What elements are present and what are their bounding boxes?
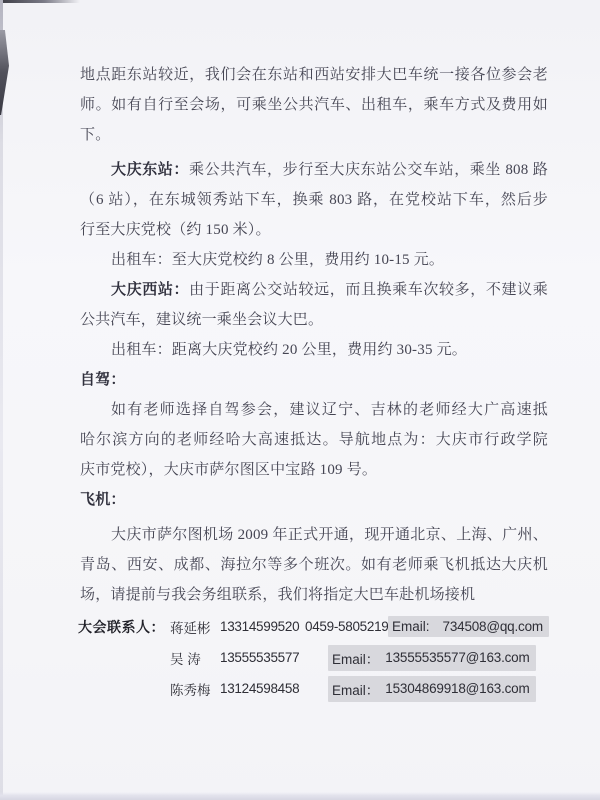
text-segment: 公共汽车，建议统一乘坐会议大巴。 [80,312,323,328]
email-label: Email： [332,648,379,668]
email-address: 15304869918@163.com [385,681,529,696]
text-segment-bold: 大庆西站： [111,282,189,298]
text-line: 大庆东站：乘公共汽车，步行至大庆东站公交车站，乘坐 808 路 [80,155,548,185]
contact-name: 吴 涛 [170,648,220,668]
text-line: 自驾： [80,365,548,395]
contact-label: 大会联系人： [78,617,170,637]
text-segment: 由于距离公交站较远，而且换乘车次较多，不建议乘 [189,282,548,298]
text-segment: 庆市党校），大庆市萨尔图区中宝路 109 号。 [80,462,377,478]
text-segment: 乘公共汽车，步行至大庆东站公交车站，乘坐 808 路 [189,162,548,178]
contact-phone-alt: 0459-5805219 [305,619,388,634]
email-highlight: Email:734508@qq.com [388,616,549,637]
text-line: 大庆西站：由于距离公交站较远，而且换乘车次较多，不建议乘 [80,275,548,305]
text-segment: 如有老师选择自驾参会，建议辽宁、吉林的老师经大广高速抵达， [111,402,548,425]
text-line: 庆市党校），大庆市萨尔图区中宝路 109 号。 [80,455,548,485]
text-line: 公共汽车，建议统一乘坐会议大巴。 [80,305,548,335]
text-line: 如有老师选择自驾参会，建议辽宁、吉林的老师经大广高速抵达， [80,395,548,425]
text-line: 师。如有自行至会场，可乘坐公共汽车、出租车，乘车方式及费用如 [80,90,548,120]
text-segment: 师。如有自行至会场，可乘坐公共汽车、出租车，乘车方式及费用如 [80,97,548,113]
text-segment: 出租车：至大庆党校约 8 公里，费用约 10-15 元。 [111,252,444,268]
scan-artifact-top-edge [0,0,80,3]
scan-artifact-left-shadow [0,0,3,800]
text-line: 场，请提前与我会务组联系，我们将指定大巴车赴机场接机 [80,580,548,610]
email-highlight: Email：15304869918@163.com [328,676,536,702]
text-segment-bold: 飞机： [80,492,126,508]
contact-name: 陈秀梅 [170,679,220,699]
email-address: 734508@qq.com [443,619,543,634]
contact-row: 陈秀梅13124598458Email：15304869918@163.com [78,673,558,704]
scanned-page: 地点距东站较近，我们会在东站和西站安排大巴车统一接各位参会老师。如有自行至会场，… [0,0,600,800]
text-line: 青岛、西安、成都、海拉尔等多个班次。如有老师乘飞机抵达大庆机 [80,550,548,580]
text-line: 出租车：至大庆党校约 8 公里，费用约 10-15 元。 [80,245,548,275]
text-line: 哈尔滨方向的老师经哈大高速抵达。导航地点为：大庆市行政学院（大 [80,425,548,455]
text-line: 大庆市萨尔图机场 2009 年正式开通，现开通北京、上海、广州、 [80,520,548,550]
email-label: Email： [332,679,379,699]
text-segment: 哈尔滨方向的老师经哈大高速抵达。导航地点为：大庆市行政学院（大 [80,432,548,455]
text-segment-bold: 大庆东站： [111,162,189,178]
text-line: 行至大庆党校（约 150 米）。 [80,215,548,245]
scan-artifact-corner-wedge [0,30,9,115]
scan-artifact-bottom-edge [0,792,600,800]
text-segment: 下。 [80,127,110,143]
contact-rows: 大会联系人：蒋延彬133145995200459-5805219Email:73… [78,611,558,704]
text-segment: 场，请提前与我会务组联系，我们将指定大巴车赴机场接机 [80,587,475,603]
contact-row: 大会联系人：蒋延彬133145995200459-5805219Email:73… [78,611,558,642]
text-segment: 出租车：距离大庆党校约 20 公里，费用约 30-35 元。 [111,342,467,358]
contact-phone: 13314599520 [220,619,305,634]
email-highlight: Email：13555535577@163.com [328,645,536,671]
text-segment: 地点距东站较近，我们会在东站和西站安排大巴车统一接各位参会老 [80,67,548,83]
text-line: 地点距东站较近，我们会在东站和西站安排大巴车统一接各位参会老 [80,60,548,90]
text-line: 出租车：距离大庆党校约 20 公里，费用约 30-35 元。 [80,335,548,365]
contact-phone: 13555535577 [220,650,328,665]
text-segment: 大庆市萨尔图机场 2009 年正式开通，现开通北京、上海、广州、 [111,527,548,543]
text-segment-bold: 自驾： [80,372,126,388]
text-line: 下。 [80,120,548,150]
text-line: （6 站），在东城领秀站下车，换乘 803 路，在党校站下车，然后步 [80,185,548,215]
contact-name: 蒋延彬 [170,617,220,637]
contact-row: 吴 涛13555535577Email：13555535577@163.com [78,642,558,673]
email-address: 13555535577@163.com [385,650,529,665]
document-text: 地点距东站较近，我们会在东站和西站安排大巴车统一接各位参会老师。如有自行至会场，… [80,60,548,610]
text-segment: 青岛、西安、成都、海拉尔等多个班次。如有老师乘飞机抵达大庆机 [80,557,548,573]
text-segment: 行至大庆党校（约 150 米）。 [80,222,271,238]
contact-phone: 13124598458 [220,681,328,696]
text-line: 飞机： [80,485,548,515]
text-segment: （6 站），在东城领秀站下车，换乘 803 路，在党校站下车，然后步 [80,192,548,208]
email-label: Email: [392,619,430,634]
